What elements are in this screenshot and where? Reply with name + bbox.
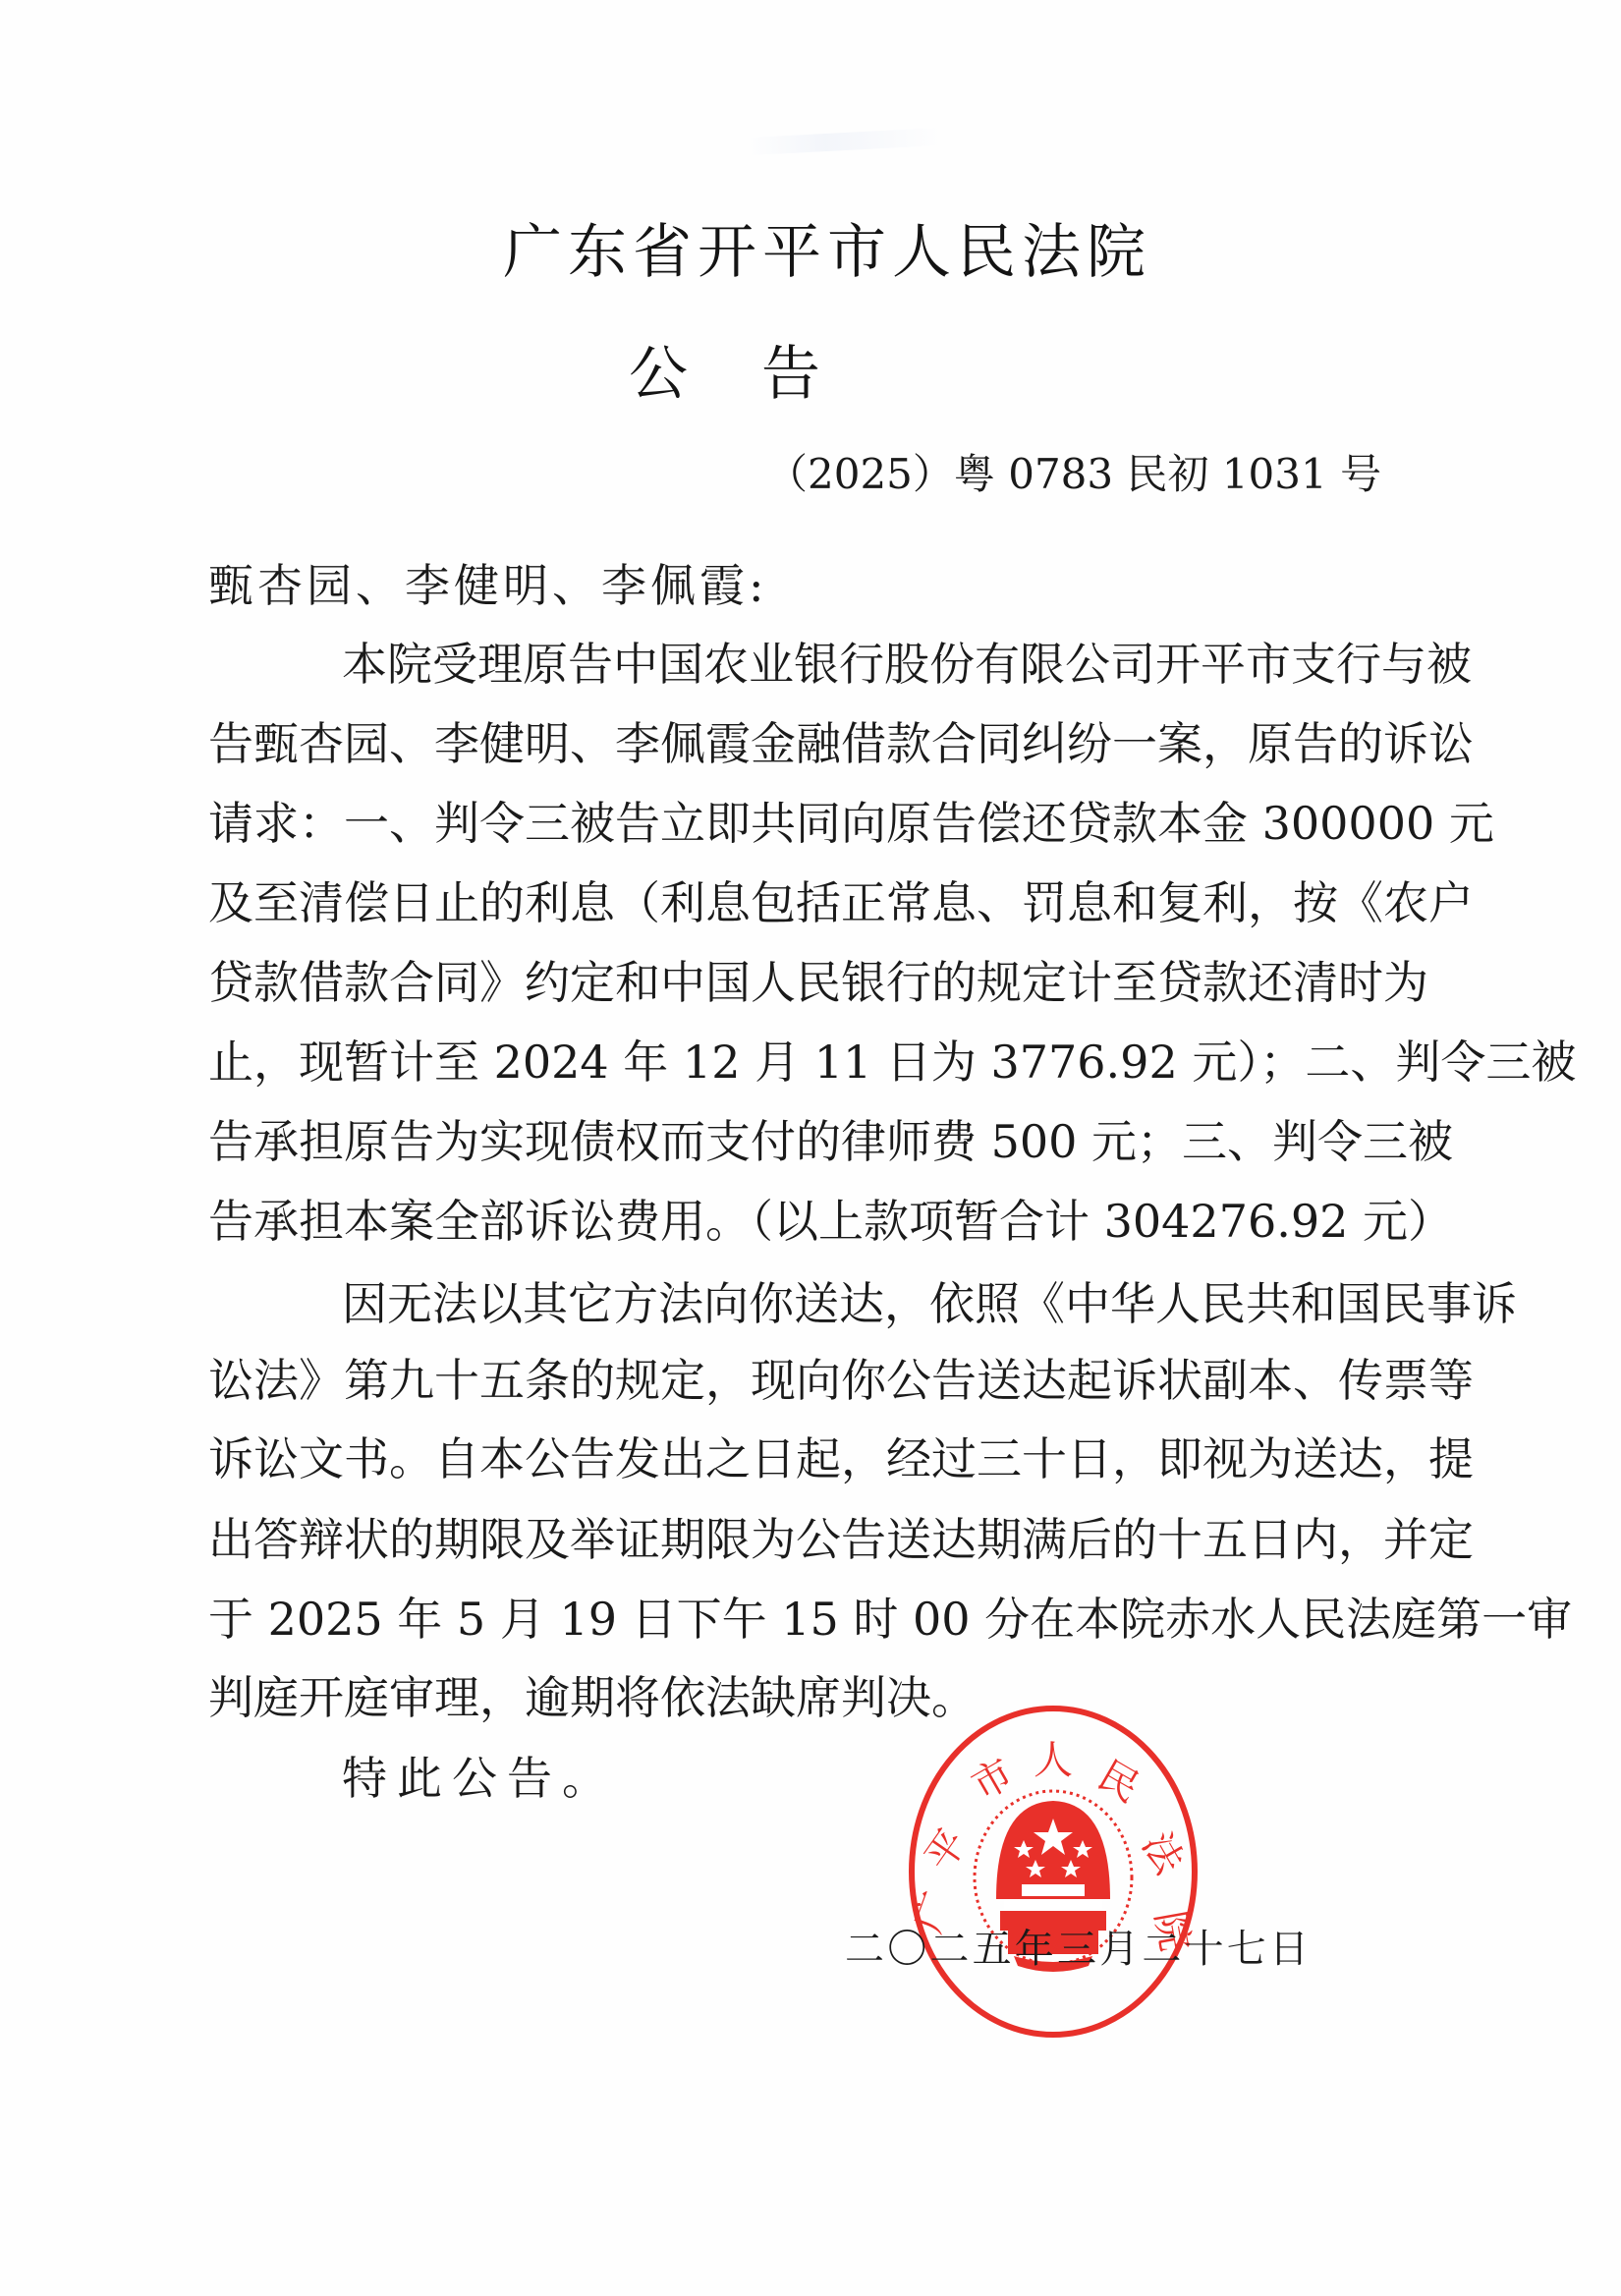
paragraph-1-line-5: 贷款借款合同》约定和中国人民银行的规定计至贷款还清时为 (208, 953, 1407, 1012)
paragraph-1-line-8: 告承担本案全部诉讼费用。（以上款项暂合计 304276.92 元） (208, 1192, 1348, 1251)
paragraph-1-line-1: 本院受理原告中国农业银行股份有限公司开平市支行与被 (342, 635, 1407, 694)
paragraph-2-line-2: 讼法》第九十五条的规定，现向你公告送达起诉状副本、传票等 (208, 1351, 1407, 1410)
paragraph-2-line-1: 因无法以其它方法向你送达，依照《中华人民共和国民事诉 (342, 1274, 1407, 1333)
svg-text:平: 平 (917, 1821, 977, 1879)
paragraph-1-line-3: 请求：一、判令三被告立即共同向原告偿还贷款本金 300000 元 (208, 794, 1407, 853)
svg-text:人: 人 (1034, 1738, 1073, 1783)
paragraph-2-line-6: 判庭开庭审理，逾期将依法缺席判决。 (208, 1668, 908, 1727)
addressee-line: 甄杏园、李健明、李佩霞: (208, 556, 1407, 615)
paragraph-2-line-4: 出答辩状的期限及举证期限为公告送达期满后的十五日内，并定 (208, 1510, 1407, 1569)
closing-line: 特此公告。 (342, 1749, 637, 1808)
issue-date: 二〇二五年三月二十七日 (845, 1924, 1309, 1975)
case-number: （2025）粤 0783 民初 1031 号 (766, 447, 1326, 502)
paragraph-1-line-2: 告甄杏园、李健明、李佩霞金融借款合同纠纷一案，原告的诉讼 (208, 714, 1407, 773)
scan-artifact (747, 128, 944, 155)
document-type-heading: 公 告 (629, 340, 820, 409)
svg-text:市: 市 (965, 1751, 1022, 1810)
paragraph-2-line-3: 诉讼文书。自本公告发出之日起，经过三十日，即视为送达，提 (208, 1429, 1407, 1488)
svg-text:法: 法 (1133, 1825, 1192, 1883)
court-name-heading: 广东省开平市人民法院 (503, 218, 1112, 287)
court-seal-icon: 广 平 市 人 民 法 院 (906, 1703, 1201, 2042)
svg-text:民: 民 (1090, 1753, 1147, 1812)
paragraph-1-line-6: 止，现暂计至 2024 年 12 月 11 日为 3776.92 元）；二、判令… (208, 1033, 1407, 1092)
paragraph-1-line-4: 及至清偿日止的利息（利息包括正常息、罚息和复利，按《农户 (208, 873, 1407, 932)
document-page: 广东省开平市人民法院 公 告 （2025）粤 0783 民初 1031 号 甄杏… (0, 0, 1621, 2296)
paragraph-1-line-7: 告承担原告为实现债权而支付的律师费 500 元；三、判令三被 (208, 1112, 1407, 1171)
paragraph-2-line-5: 于 2025 年 5 月 19 日下午 15 时 00 分在本院赤水人民法庭第一… (208, 1590, 1407, 1649)
